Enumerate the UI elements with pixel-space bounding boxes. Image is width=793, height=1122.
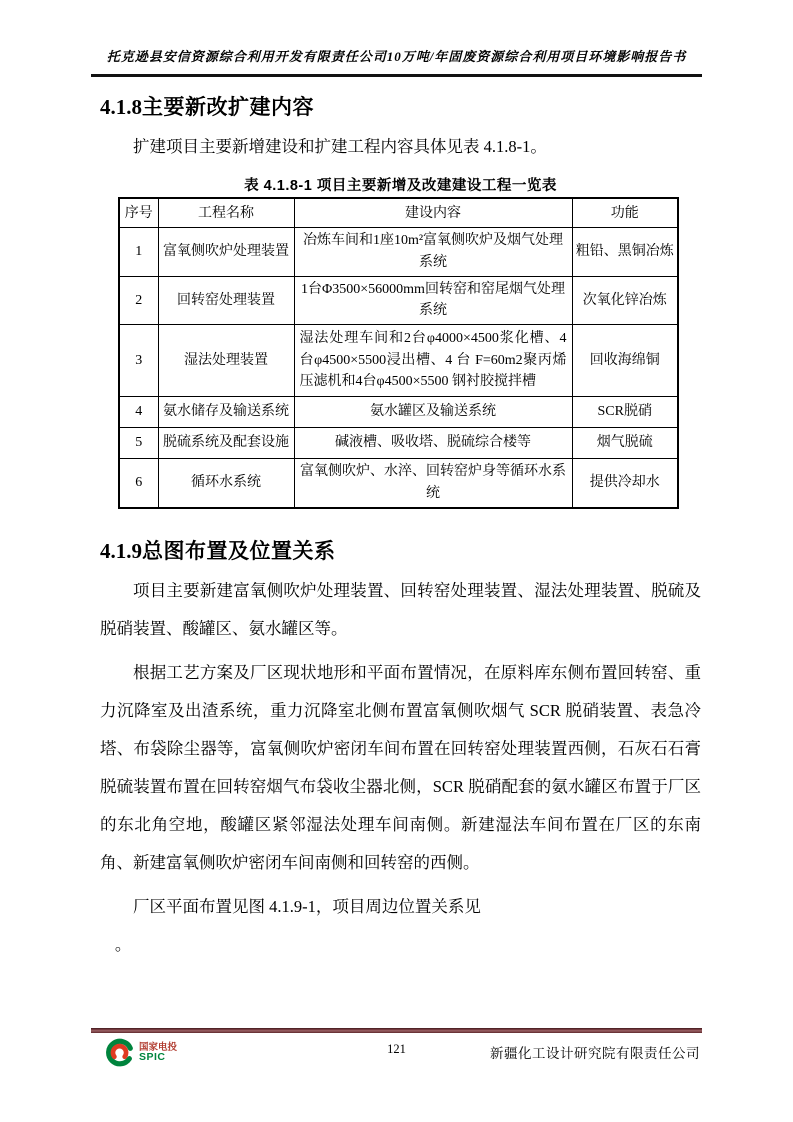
table-row: 1 富氧侧吹炉处理装置 冶炼车间和1座10m²富氧侧吹炉及烟气处理系统 粗铅、黑… [119,228,678,276]
cell-index: 5 [119,428,158,459]
cell-name: 循环水系统 [158,459,294,508]
section-heading-418: 4.1.8主要新改扩建内容 [100,93,701,122]
section-number: 4.1.8 [100,95,142,119]
cell-name: 脱硫系统及配套设施 [158,428,294,459]
section-heading-419: 4.1.9总图布置及位置关系 [100,537,701,566]
intro-paragraph: 扩建项目主要新增建设和扩建工程内容具体见表 4.1.8-1。 [100,128,701,166]
cell-content: 碱液槽、吸收塔、脱硫综合楼等 [294,428,572,459]
cell-index: 3 [119,325,158,397]
cell-content: 1台Φ3500×56000mm回转窑和窑尾烟气处理系统 [294,276,572,324]
col-header-content: 建设内容 [294,198,572,228]
cell-name: 湿法处理装置 [158,325,294,397]
layout-paragraph-1: 项目主要新建富氧侧吹炉处理装置、回转窑处理装置、湿法处理装置、脱硫及脱硝装置、酸… [100,572,701,648]
cell-name: 回转窑处理装置 [158,276,294,324]
cell-index: 6 [119,459,158,508]
section-title: 总图布置及位置关系 [142,540,336,563]
col-header-index: 序号 [119,198,158,228]
table-row: 4 氨水储存及输送系统 氨水罐区及输送系统 SCR脱硝 [119,397,678,428]
works-table: 序号 工程名称 建设内容 功能 1 富氧侧吹炉处理装置 冶炼车间和1座10m²富… [118,197,679,508]
report-title: 托克逊县安信资源综合利用开发有限责任公司10万吨/年固废资源综合利用项目环境影响… [0,46,793,65]
table-header-row: 序号 工程名称 建设内容 功能 [119,198,678,228]
table-row: 3 湿法处理装置 湿法处理车间和2台φ4000×4500浆化槽、4台φ4500×… [119,325,678,397]
cell-name: 富氧侧吹炉处理装置 [158,228,294,276]
layout-paragraph-4: 。 [100,926,701,964]
footer-rule [91,1028,702,1033]
footer-company-name: 新疆化工设计研究院有限责任公司 [490,1042,700,1062]
cell-index: 1 [119,228,158,276]
table-row: 6 循环水系统 富氧侧吹炉、水淬、回转窑炉身等循环水系统 提供冷却水 [119,459,678,508]
table-caption: 表 4.1.8-1 项目主要新增及改建建设工程一览表 [100,174,701,195]
page-header: 托克逊县安信资源综合利用开发有限责任公司10万吨/年固废资源综合利用项目环境影响… [0,0,793,65]
cell-content: 冶炼车间和1座10m²富氧侧吹炉及烟气处理系统 [294,228,572,276]
document-page: 托克逊县安信资源综合利用开发有限责任公司10万吨/年固废资源综合利用项目环境影响… [0,0,793,1122]
cell-index: 2 [119,276,158,324]
cell-content: 氨水罐区及输送系统 [294,397,572,428]
cell-content: 湿法处理车间和2台φ4000×4500浆化槽、4台φ4500×5500浸出槽、4… [294,325,572,397]
col-header-name: 工程名称 [158,198,294,228]
cell-func: SCR脱硝 [572,397,678,428]
table-row: 2 回转窑处理装置 1台Φ3500×56000mm回转窑和窑尾烟气处理系统 次氧… [119,276,678,324]
cell-index: 4 [119,397,158,428]
cell-func: 粗铅、黑铜冶炼 [572,228,678,276]
section-number: 4.1.9 [100,539,142,563]
layout-paragraph-3: 厂区平面布置见图 4.1.9-1，项目周边位置关系见 [100,888,701,926]
cell-content: 富氧侧吹炉、水淬、回转窑炉身等循环水系统 [294,459,572,508]
page-footer: 国家电投 SPIC 121 新疆化工设计研究院有限责任公司 [91,1038,702,1078]
table-row: 5 脱硫系统及配套设施 碱液槽、吸收塔、脱硫综合楼等 烟气脱硫 [119,428,678,459]
cell-name: 氨水储存及输送系统 [158,397,294,428]
layout-paragraph-2: 根据工艺方案及厂区现状地形和平面布置情况，在原料库东侧布置回转窑、重力沉降室及出… [100,654,701,882]
cell-func: 烟气脱硫 [572,428,678,459]
cell-func: 提供冷却水 [572,459,678,508]
page-body: 4.1.8主要新改扩建内容 扩建项目主要新增建设和扩建工程内容具体见表 4.1.… [100,93,701,964]
cell-func: 次氧化锌冶炼 [572,276,678,324]
header-rule [91,74,702,77]
cell-func: 回收海绵铜 [572,325,678,397]
section-title: 主要新改扩建内容 [142,96,314,119]
col-header-func: 功能 [572,198,678,228]
